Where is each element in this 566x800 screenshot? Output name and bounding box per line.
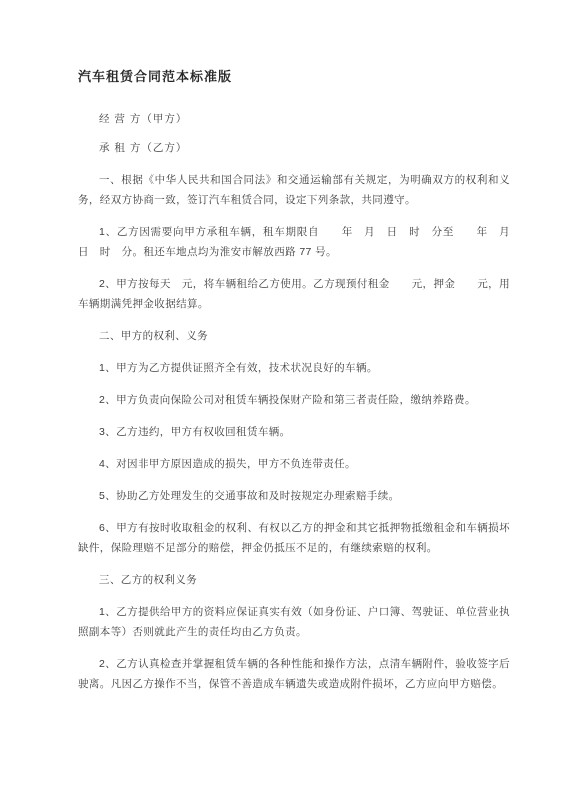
contract-document-page: 汽车租赁合同范本标准版 经 营 方（甲方） 承 租 方（乙方） 一、根据《中华人… bbox=[0, 0, 566, 800]
clause-a2-insurance: 2、甲方负责向保险公司对租赁车辆投保财产险和第三者责任险，缴纳养路费。 bbox=[78, 390, 510, 410]
clause-a4-liability-exemption: 4、对因非甲方原因造成的损失，甲方不负连带责任。 bbox=[78, 454, 510, 474]
clause-rental-period: 1、乙方因需要向甲方承租车辆，租车期限自 年 月 日 时 分至 年 月 日 时 … bbox=[78, 222, 510, 262]
clause-a1-vehicle-condition: 1、甲方为乙方提供证照齐全有效，技术状况良好的车辆。 bbox=[78, 358, 510, 378]
clause-a6-rent-collection-rights: 6、甲方有按时收取租金的权利、有权以乙方的押金和其它抵押物抵缴租金和车辆损坏缺件… bbox=[78, 518, 510, 558]
clause-b1-documents-validity: 1、乙方提供给甲方的资料应保证真实有效（如身份证、户口簿、驾驶证、单位营业执照副… bbox=[78, 602, 510, 642]
preamble-clause: 一、根据《中华人民共和国合同法》和交通运输部有关规定，为明确双方的权利和义务，经… bbox=[78, 170, 510, 210]
party-b-line: 承 租 方（乙方） bbox=[78, 138, 510, 158]
clause-b2-vehicle-inspection: 2、乙方认真检查并掌握租赁车辆的各种性能和操作方法，点清车辆附件，验收签字后驶离… bbox=[78, 654, 510, 694]
clause-a3-breach-repossession: 3、乙方违约，甲方有权收回租赁车辆。 bbox=[78, 422, 510, 442]
document-title: 汽车租赁合同范本标准版 bbox=[78, 66, 510, 85]
party-a-line: 经 营 方（甲方） bbox=[78, 109, 510, 129]
clause-rental-fee-deposit: 2、甲方按每天 元，将车辆租给乙方使用。乙方现预付租金 元，押金 元，用车辆期满… bbox=[78, 274, 510, 314]
section-heading-party-a-rights: 二、甲方的权利、义务 bbox=[78, 326, 510, 346]
clause-a5-accident-assistance: 5、协助乙方处理发生的交通事故和及时按规定办理索赔手续。 bbox=[78, 486, 510, 506]
section-heading-party-b-rights: 三、乙方的权利义务 bbox=[78, 570, 510, 590]
